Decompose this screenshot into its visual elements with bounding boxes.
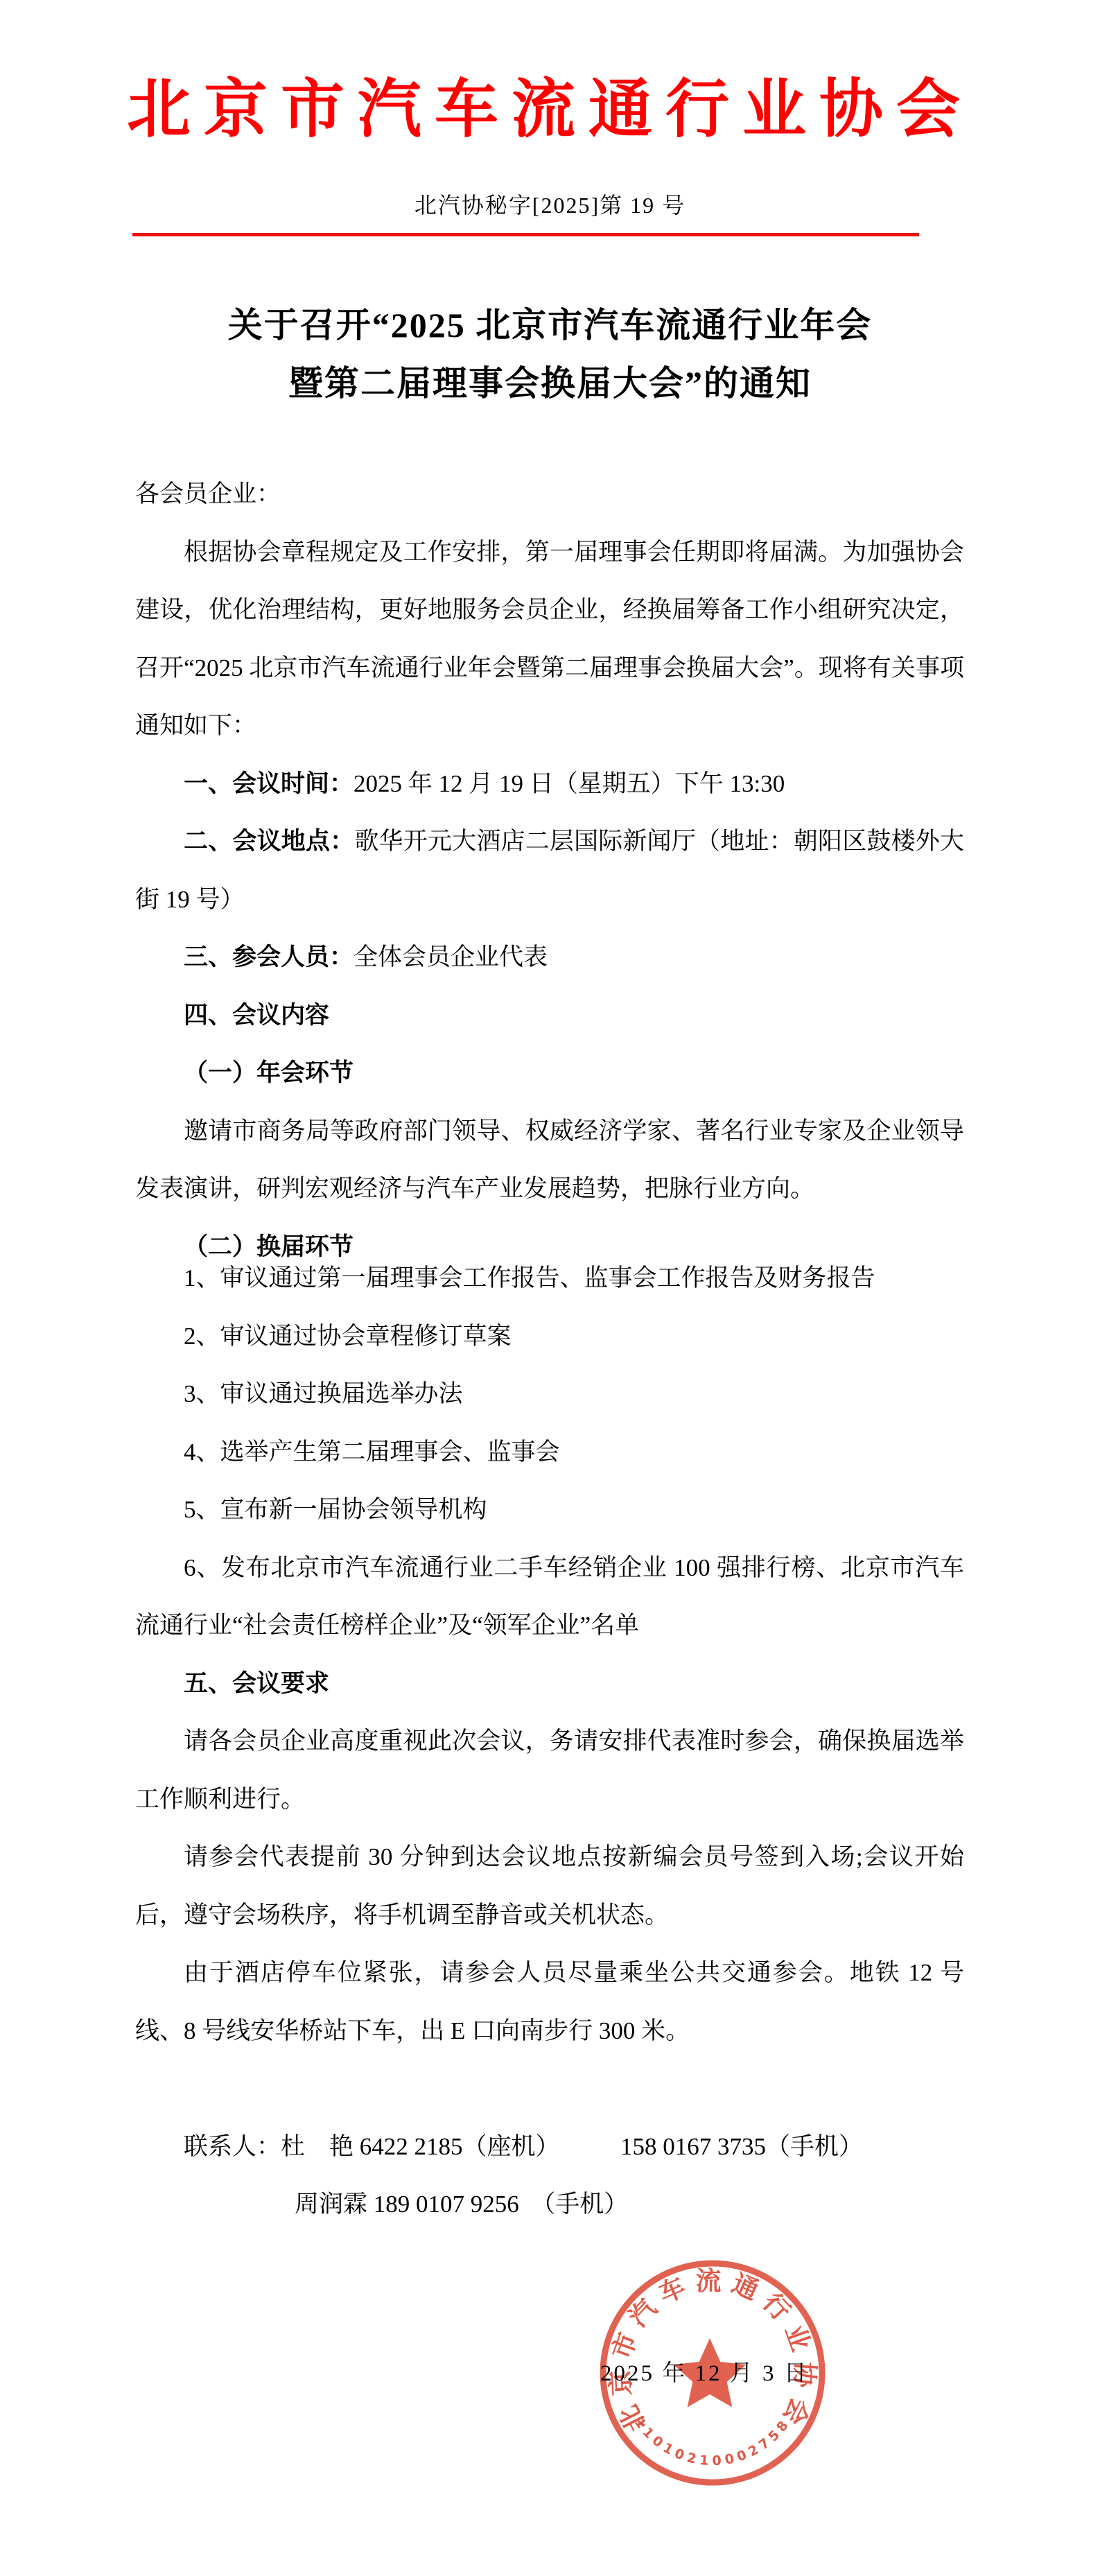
paragraph-text: 请各会员企业高度重视此次会议，务请安排代表准时参会，确保换届选举工作顺利进行。 [135,1728,964,1813]
item-requirements: 五、会议要求 [135,1655,964,1713]
paragraph-text: 各会员企业： [135,480,281,507]
paragraph-text: 5、宣布新一届协会领导机构 [184,1496,487,1523]
paragraph-text: 2、审议通过协会章程修订草案 [184,1323,512,1350]
doc-title: 关于召开“2025 北京市汽车流通行业年会 暨第二届理事会换届大会”的通知 [0,296,1100,412]
paragraph-bold-label: 五、会议要求 [184,1670,329,1697]
intro-paragraph: 根据协会章程规定及工作安排，第一届理事会任期即将届满。为加强协会建设，优化治理结… [135,523,964,755]
item-agenda: 四、会议内容 [135,986,964,1045]
item-attendees: 三、参会人员：全体会员企业代表 [135,928,964,986]
paragraph-text: 联系人：杜 艳 6422 2185（座机） 158 0167 3735（手机） [184,2133,863,2160]
item-meeting-place: 二、会议地点：歌华开元大酒店二层国际新闻厅（地址：朝阳区鼓楼外大街 19 号） [135,812,964,928]
paragraph-text: 1、审议通过第一届理事会工作报告、监事会工作报告及财务报告 [184,1264,875,1291]
contact-line-1: 联系人：杜 艳 6422 2185（座机） 158 0167 3735（手机） [135,2118,964,2176]
annual-meeting-desc: 邀请市商务局等政府部门领导、权威经济学家、著名行业专家及企业领导发表演讲，研判宏… [135,1102,964,1218]
doc-number: 北汽协秘字[2025]第 19 号 [0,190,1100,220]
paragraph-bold-label: 二、会议地点： [184,828,354,855]
contact-line-2: 周润霖 189 0107 9256 （手机） [135,2175,964,2234]
requirement-3: 由于酒店停车位紧张，请参会人员尽量乘坐公共交通参会。地铁 12 号线、8 号线安… [135,1944,964,2060]
doc-title-line2: 暨第二届理事会换届大会”的通知 [0,354,1100,412]
paragraph-bold-label: 四、会议内容 [184,1002,329,1029]
election-step-5: 5、宣布新一届协会领导机构 [135,1481,964,1539]
paragraph-text: 根据协会章程规定及工作安排，第一届理事会任期即将届满。为加强协会建设，优化治理结… [135,539,964,740]
item-meeting-time: 一、会议时间：2025 年 12 月 19 日（星期五）下午 13:30 [135,755,964,813]
paragraph-text: 全体会员企业代表 [353,943,548,971]
org-name-letterhead: 北京市汽车流通行业协会 [0,0,1100,153]
paragraph-text: 邀请市商务局等政府部门领导、权威经济学家、著名行业专家及企业领导发表演讲，研判宏… [135,1117,964,1203]
paragraph-text: 周润霖 189 0107 9256 （手机） [295,2191,628,2218]
paragraph-bold-label: （一）年会环节 [184,1059,353,1086]
doc-body: 各会员企业：根据协会章程规定及工作安排，第一届理事会任期即将届满。为加强协会建设… [135,465,964,2234]
requirement-2: 请参会代表提前 30 分钟到达会议地点按新编会员号签到入场;会议开始后，遵守会场… [135,1828,964,1944]
paragraph-text: 请参会代表提前 30 分钟到达会议地点按新编会员号签到入场;会议开始后，遵守会场… [135,1843,964,1929]
election-step-3: 3、审议通过换届选举办法 [135,1365,964,1423]
paragraph-text: 由于酒店停车位紧张，请参会人员尽量乘坐公共交通参会。地铁 12 号线、8 号线安… [135,1959,964,2044]
paragraph-text: 4、选举产生第二届理事会、监事会 [184,1438,560,1465]
doc-title-line1: 关于召开“2025 北京市汽车流通行业年会 [0,296,1100,354]
doc-date: 2025 年 12 月 3 日 [600,2358,809,2389]
paragraph-bold-label: 一、会议时间： [184,770,353,797]
election-step-2: 2、审议通过协会章程修订草案 [135,1307,964,1366]
sub-annual-meeting: （一）年会环节 [135,1044,964,1102]
seal-registration-number: 11010210002758 [631,2415,794,2469]
election-step-6: 6、发布北京市汽车流通行业二手车经销企业 100 强排行榜、北京市汽车流通行业“… [135,1539,964,1655]
document-page: 北京市汽车流通行业协会 北汽协秘字[2025]第 19 号 关于召开“2025 … [0,0,1100,2576]
requirement-1: 请各会员企业高度重视此次会议，务请安排代表准时参会，确保换届选举工作顺利进行。 [135,1712,964,1828]
paragraph-text: 6、发布北京市汽车流通行业二手车经销企业 100 强排行榜、北京市汽车流通行业“… [135,1554,964,1639]
election-step-1: 1、审议通过第一届理事会工作报告、监事会工作报告及财务报告 [135,1249,964,1307]
paragraph-text: 2025 年 12 月 19 日（星期五）下午 13:30 [353,770,785,797]
red-divider-rule [132,233,919,236]
paragraph-text: 3、审议通过换届选举办法 [184,1380,463,1407]
paragraph-bold-label: 三、参会人员： [184,943,353,971]
election-step-4: 4、选举产生第二届理事会、监事会 [135,1423,964,1481]
salutation: 各会员企业： [135,465,964,523]
